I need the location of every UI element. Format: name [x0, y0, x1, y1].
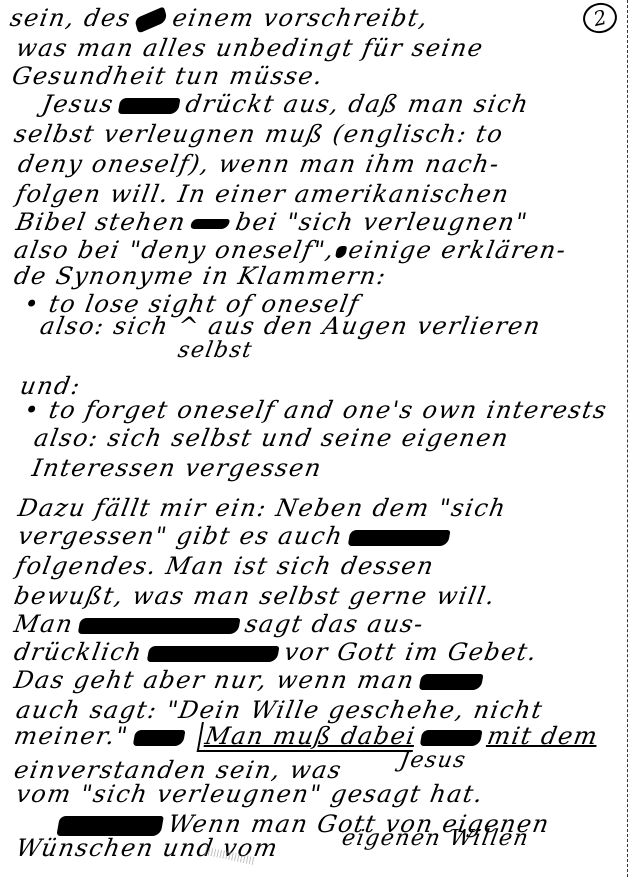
text-line: bewußt, was man selbst gerne will. — [12, 582, 498, 610]
text-line: also bei "deny oneself",einige erklären- — [12, 236, 569, 264]
page-edge-rule — [627, 0, 628, 877]
text-line: Interessen vergessen — [30, 454, 324, 482]
text-line: vom "sich verleugnen" gesagt hat. — [14, 780, 486, 808]
crossed-out-word — [191, 219, 231, 229]
text-line: Bibel stehenbei "sich verleugnen" — [14, 208, 530, 236]
text-line: Mansagt das aus- — [12, 610, 426, 638]
crossed-out-word — [56, 816, 164, 836]
crossed-out-word — [118, 98, 181, 114]
text-line: sein, deseinem vorschreibt, — [8, 4, 431, 32]
crossed-out-word — [348, 530, 451, 546]
insertion-caret: ^ — [176, 312, 203, 340]
inserted-word: Jesus — [398, 748, 469, 773]
text-line: deny oneself), wenn man ihm nach- — [16, 150, 502, 178]
text-line: also: sich selbst und seine eigenen — [32, 424, 512, 452]
text-line: Dazu fällt mir ein: Neben dem "sich — [16, 494, 509, 522]
text-line: was man alles unbedingt für seine — [14, 34, 486, 62]
text-line: auch sagt: "Dein Wille geschehe, nicht — [14, 696, 546, 724]
text-line: Das geht aber nur, wenn man — [12, 666, 491, 694]
text-line: folgendes. Man ist sich dessen — [14, 552, 437, 580]
text-line: folgen will. In einer amerikanischen — [14, 180, 512, 208]
page-number-circle: 2 — [580, 0, 619, 36]
crossed-out-word — [135, 6, 169, 33]
text-line: vergessen" gibt es auch — [16, 522, 458, 550]
text-line: selbst verleugnen muß (englisch: to — [12, 120, 506, 148]
text-line: meiner." Man muß dabeimit dem — [12, 722, 601, 750]
underlined-phrase: Man muß dabei — [197, 722, 419, 752]
bullet-item: • to forget oneself and one's own intere… — [22, 396, 610, 424]
text-line: also: sich ^ aus den Augen verlieren — [38, 312, 543, 340]
text-line: drücklichvor Gott im Gebet. — [12, 638, 540, 666]
crossed-out-word — [420, 730, 483, 746]
inserted-word: selbst — [176, 338, 255, 363]
crossed-out-word — [336, 246, 348, 258]
text-line: de Synonyme in Klammern: — [12, 262, 389, 290]
crossed-out-word — [78, 618, 241, 634]
inserted-word: eigenen Willen — [340, 826, 531, 851]
crossed-out-word — [419, 674, 484, 690]
text-line: Jesusdrückt aus, daß man sich — [40, 90, 532, 118]
crossed-out-word — [147, 646, 280, 662]
text-line: Gesundheit tun müsse. — [10, 62, 326, 90]
handwritten-page: 2 sein, deseinem vorschreibt, was man al… — [0, 0, 638, 877]
crossed-out-word — [133, 730, 186, 746]
